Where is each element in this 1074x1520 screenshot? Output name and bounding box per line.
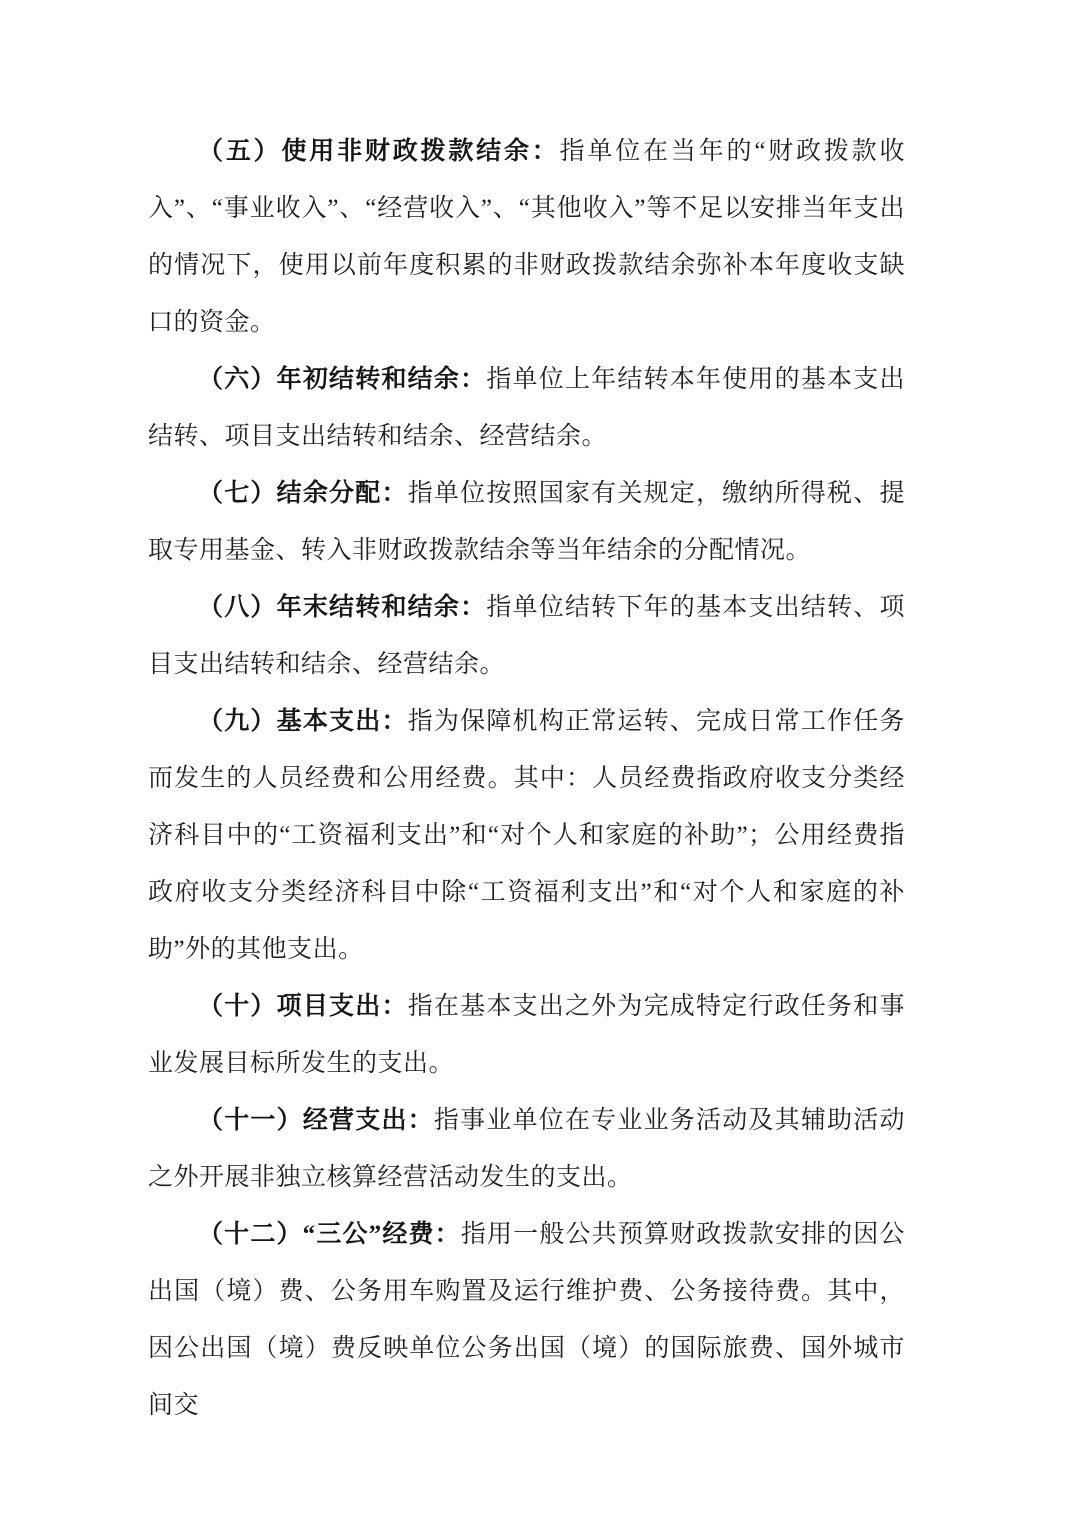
definition-term: （六）年初结转和结余：: [198, 366, 486, 393]
definition-term: （七）结余分配：: [198, 480, 408, 507]
document-body: （五）使用非财政拨款结余：指单位在当年的“财政拨款收入”、“事业收入”、“经营收…: [148, 123, 905, 1434]
definition-text: 指用一般公共预算财政拨款安排的因公出国（境）费、公务用车购置及运行维护费、公务接…: [148, 1221, 905, 1419]
definition-item-12: （十二）“三公”经费：指用一般公共预算财政拨款安排的因公出国（境）费、公务用车购…: [148, 1206, 905, 1434]
definition-item-5: （五）使用非财政拨款结余：指单位在当年的“财政拨款收入”、“事业收入”、“经营收…: [148, 123, 905, 351]
definition-item-11: （十一）经营支出：指事业单位在专业业务活动及其辅助活动之外开展非独立核算经营活动…: [148, 1092, 905, 1206]
definition-item-6: （六）年初结转和结余：指单位上年结转本年使用的基本支出结转、项目支出结转和结余、…: [148, 351, 905, 465]
definition-item-8: （八）年末结转和结余：指单位结转下年的基本支出结转、项目支出结转和结余、经营结余…: [148, 579, 905, 693]
definition-item-7: （七）结余分配：指单位按照国家有关规定，缴纳所得税、提取专用基金、转入非财政拨款…: [148, 465, 905, 579]
document-page: （五）使用非财政拨款结余：指单位在当年的“财政拨款收入”、“事业收入”、“经营收…: [0, 0, 1074, 1520]
definition-term: （八）年末结转和结余：: [198, 594, 486, 621]
definition-text: 指单位在当年的“财政拨款收入”、“事业收入”、“经营收入”、“其他收入”等不足以…: [148, 138, 905, 336]
definition-term: （十二）“三公”经费：: [198, 1221, 461, 1248]
definition-term: （十）项目支出：: [198, 993, 408, 1020]
definition-text: 指为保障机构正常运转、完成日常工作任务而发生的人员经费和公用经费。其中：人员经费…: [148, 708, 905, 963]
definition-item-10: （十）项目支出：指在基本支出之外为完成特定行政任务和事业发展目标所发生的支出。: [148, 978, 905, 1092]
definition-item-9: （九）基本支出：指为保障机构正常运转、完成日常工作任务而发生的人员经费和公用经费…: [148, 693, 905, 978]
definition-term: （十一）经营支出：: [198, 1107, 434, 1134]
definition-term: （九）基本支出：: [198, 708, 408, 735]
definition-term: （五）使用非财政拨款结余：: [198, 138, 560, 165]
